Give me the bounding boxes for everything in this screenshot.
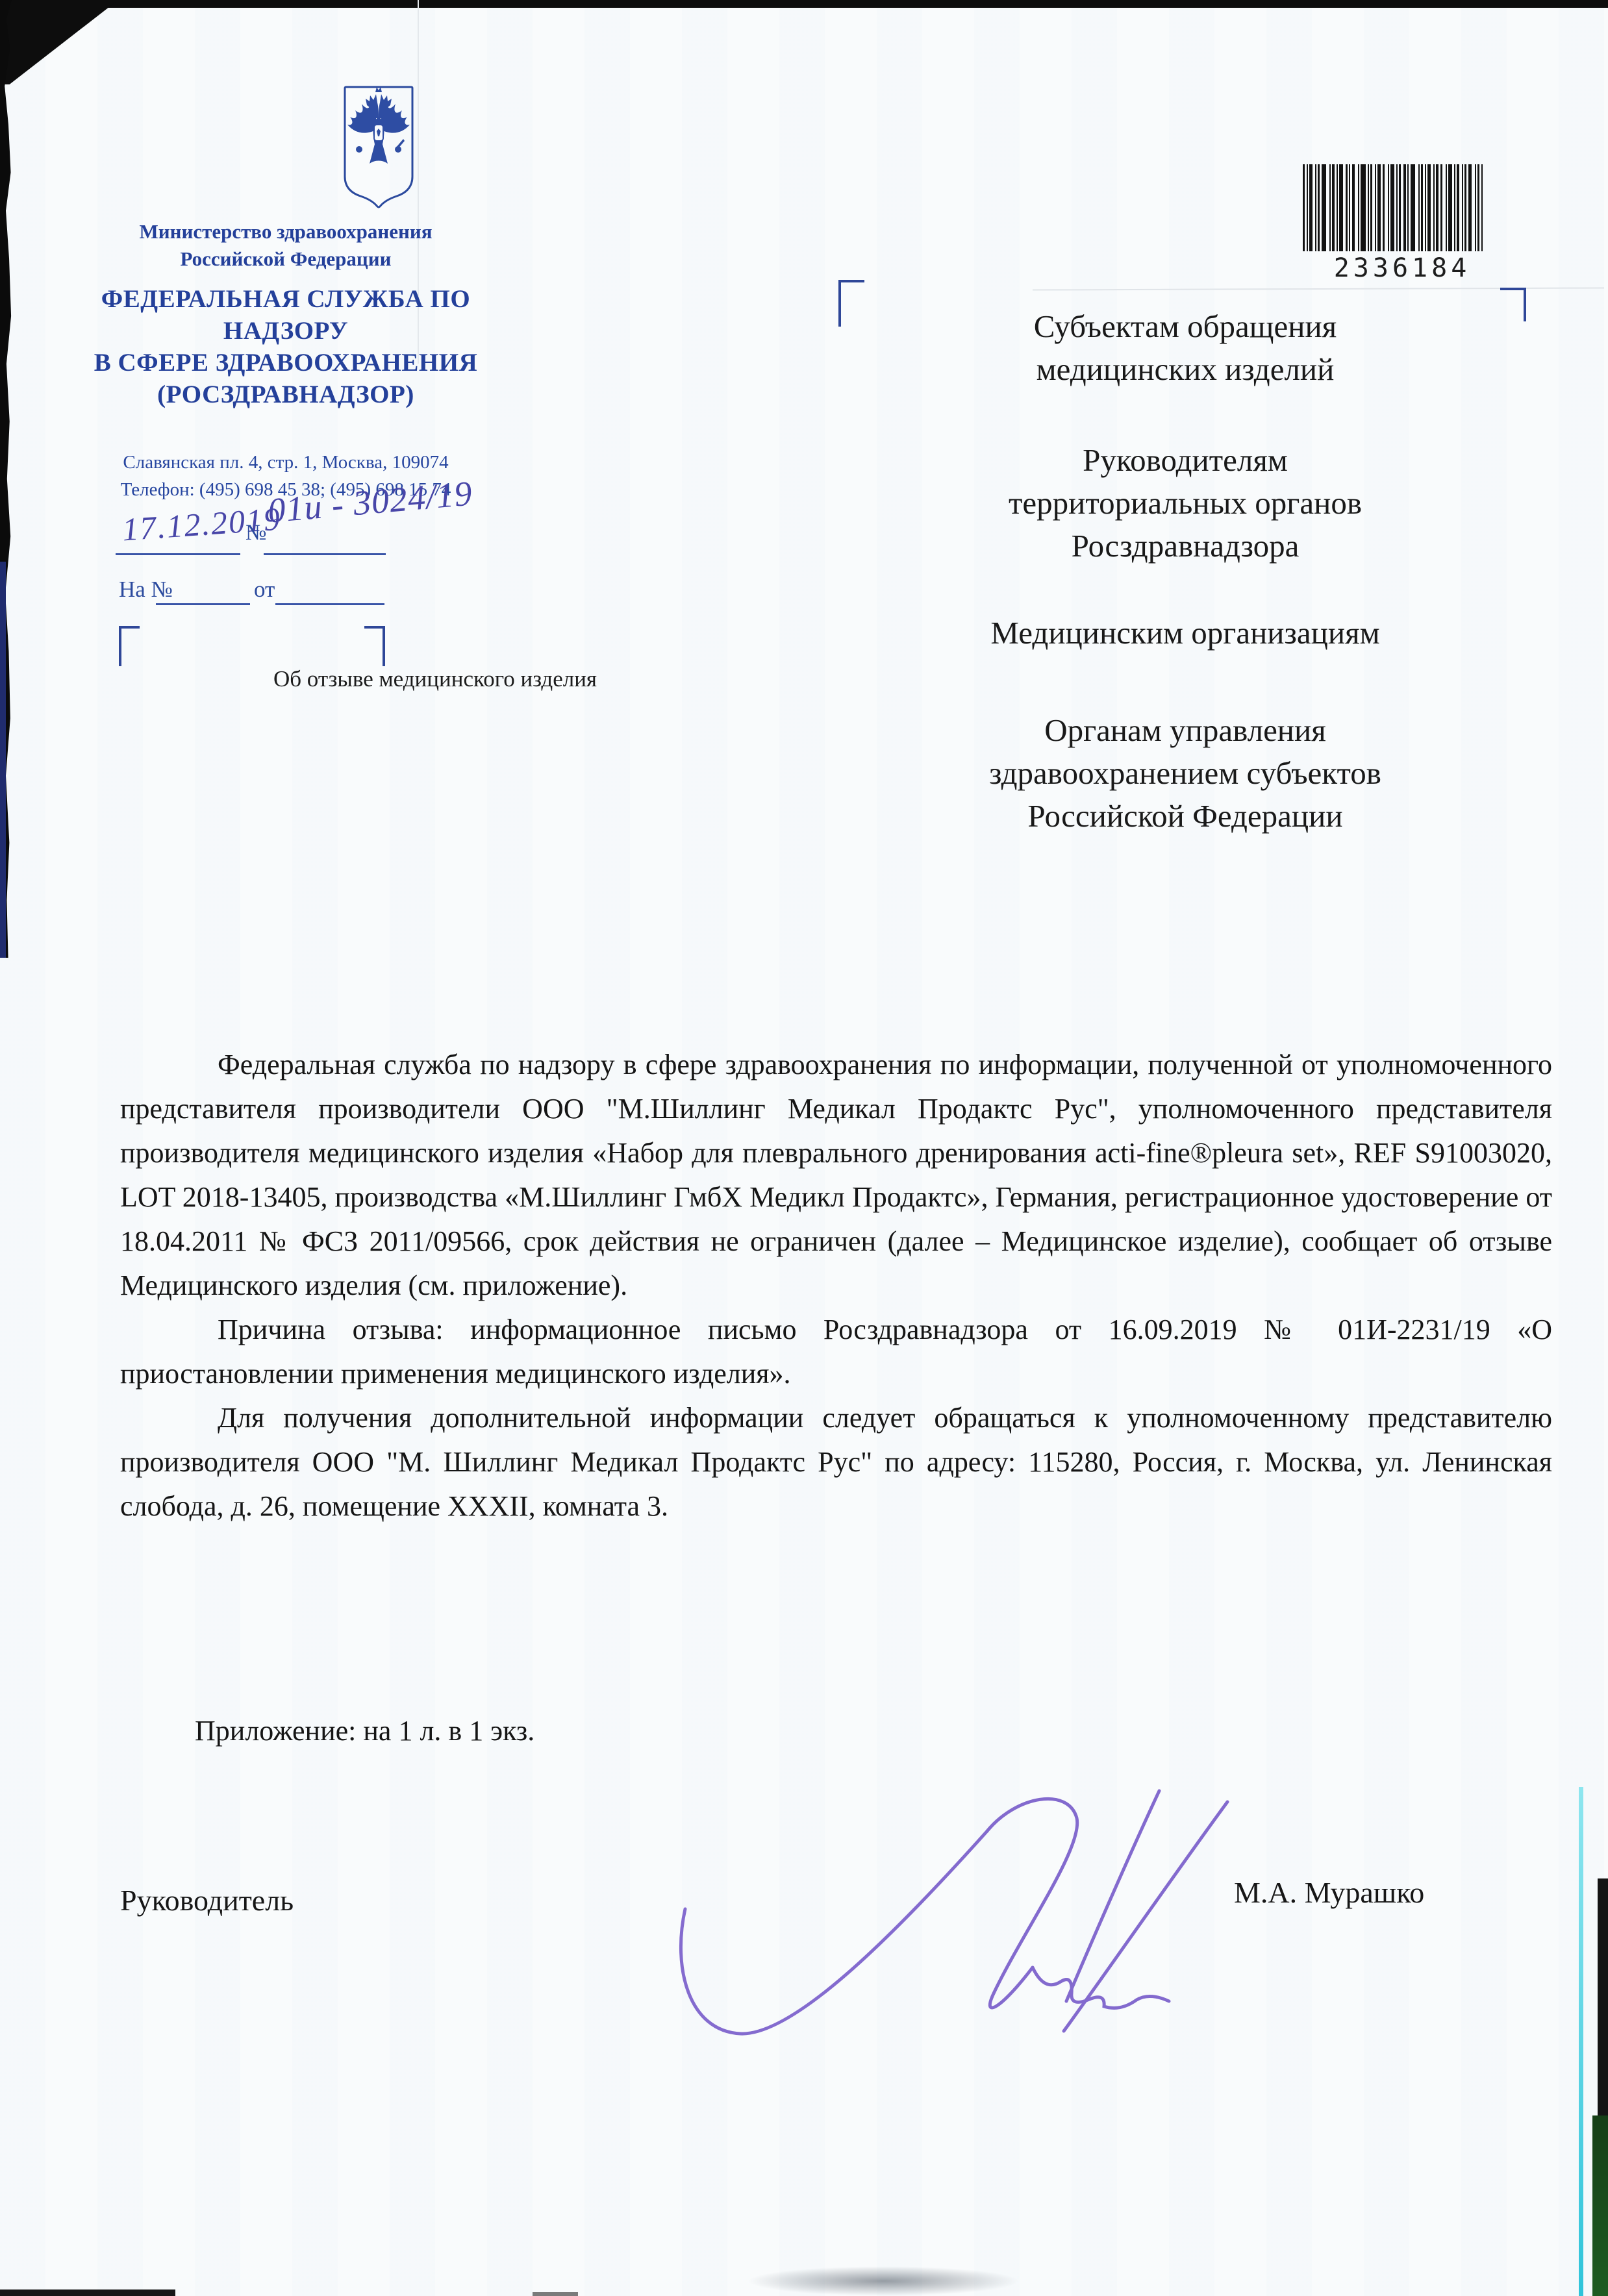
barcode-bar (1368, 164, 1369, 251)
corner-mark-addressee-right-h (1500, 288, 1526, 290)
barcode-bar (1383, 164, 1385, 251)
number-underline (264, 553, 386, 555)
barcode-bar (1377, 164, 1381, 251)
reply-date-underline (275, 603, 384, 605)
agency-address: Славянская пл. 4, стр. 1, Москва, 109074 (62, 449, 510, 476)
barcode-bar (1448, 164, 1452, 251)
barcode-bar (1421, 164, 1423, 251)
reply-from-label: от (254, 577, 275, 603)
barcode-bar (1425, 164, 1426, 251)
barcode-bar (1349, 164, 1350, 251)
signer-title: Руководитель (120, 1883, 294, 1917)
barcode-bar (1346, 164, 1348, 251)
barcode-number: 2336184 (1303, 253, 1501, 283)
scan-edge-bottom (0, 2290, 175, 2296)
scan-edge-right-green (1592, 2115, 1608, 2296)
ministry-name-line2: Российской Федерации (62, 245, 510, 273)
letter-body: Федеральная служба по надзору в сфере зд… (120, 1043, 1552, 1529)
barcode-bar (1427, 164, 1431, 251)
corner-mark-addressee-left-h (838, 280, 864, 282)
signature-scribble-icon (643, 1773, 1266, 2081)
body-paragraph-3: Для получения дополнительной информации … (120, 1396, 1552, 1529)
scan-edge-bottom-2 (533, 2292, 578, 2296)
barcode-bar (1318, 164, 1320, 251)
barcode-bar (1315, 164, 1316, 251)
recipient-subjects-of-circulation: Субъектам обращения медицинских изделий (961, 305, 1409, 391)
scan-edge-cyan-line (1579, 1787, 1583, 2296)
barcode-bar (1454, 164, 1455, 251)
corner-mark-subject-left-v (119, 626, 121, 666)
recipient-health-authorities: Органам управления здравоохранением субъ… (961, 709, 1409, 838)
number-sign: № (245, 521, 266, 545)
barcode-bar (1322, 164, 1326, 251)
barcode-bar (1352, 164, 1355, 251)
barcode-bar (1464, 164, 1466, 251)
reply-number-underline (156, 603, 250, 605)
barcode-bar (1477, 164, 1479, 251)
body-paragraph-1: Федеральная служба по надзору в сфере зд… (120, 1043, 1552, 1308)
barcode-bar (1396, 164, 1398, 251)
attachment-note: Приложение: на 1 л. в 1 экз. (195, 1714, 534, 1747)
barcode-bar (1411, 164, 1415, 251)
barcode-bar (1440, 164, 1442, 251)
barcode-bar (1475, 164, 1476, 251)
barcode-bar (1339, 164, 1343, 251)
agency-name-line1: ФЕДЕРАЛЬНАЯ СЛУЖБА ПО НАДЗОРУ (62, 283, 510, 347)
date-underline (116, 553, 240, 555)
barcode-bar (1361, 164, 1366, 251)
barcode-bar (1462, 164, 1463, 251)
barcode-bar (1307, 164, 1308, 251)
barcode-bar (1375, 164, 1376, 251)
corner-mark-addressee-left-v (838, 280, 841, 327)
barcode-bar (1303, 164, 1305, 251)
barcode-bar (1418, 164, 1420, 251)
scan-edge-top (0, 0, 1608, 8)
barcode-bar (1358, 164, 1359, 251)
barcode-bar (1329, 164, 1331, 251)
russia-coat-of-arms-icon (340, 84, 418, 209)
corner-mark-addressee-right-v (1524, 288, 1526, 321)
ministry-name-line1: Министерство здравоохранения (62, 218, 510, 245)
scan-corner-fold (0, 0, 118, 84)
barcode-bar (1407, 164, 1409, 251)
barcode-bar (1337, 164, 1338, 251)
recipient-territorial-heads: Руководителям территориальных органов Ро… (961, 439, 1409, 568)
barcode-bar (1399, 164, 1401, 251)
barcode-bar (1370, 164, 1372, 251)
subject-line: Об отзыве медицинского изделия (265, 666, 605, 692)
barcode-bar (1468, 164, 1472, 251)
letterhead: Министерство здравоохранения Российской … (62, 218, 510, 503)
barcode-bar (1446, 164, 1447, 251)
barcode-bar (1403, 164, 1406, 251)
scanned-letter-page: Министерство здравоохранения Российской … (0, 0, 1608, 2296)
barcode-bar (1436, 164, 1438, 251)
corner-mark-subject-left-h (119, 626, 140, 629)
barcode-bar (1309, 164, 1313, 251)
barcode-bar (1457, 164, 1459, 251)
agency-name-line2: В СФЕРЕ ЗДРАВООХРАНЕНИЯ (62, 347, 510, 379)
scan-edge-left-navy (0, 562, 6, 958)
reply-to-number-label: На № (119, 577, 173, 603)
barcode (1303, 164, 1501, 251)
scan-smudge-bottom (747, 2266, 1020, 2296)
scan-edge-right-dark (1598, 1878, 1608, 2151)
barcode-bar (1481, 164, 1483, 251)
barcode-bar (1390, 164, 1394, 251)
corner-mark-subject-right-v (383, 626, 385, 666)
recipient-medical-organizations: Медицинским организациям (961, 612, 1409, 655)
agency-name-line3: (РОСЗДРАВНАДЗОР) (62, 379, 510, 410)
barcode-bar (1433, 164, 1435, 251)
body-paragraph-2: Причина отзыва: информационное письмо Ро… (120, 1308, 1552, 1396)
barcode-bar (1332, 164, 1335, 251)
barcode-bar (1388, 164, 1389, 251)
